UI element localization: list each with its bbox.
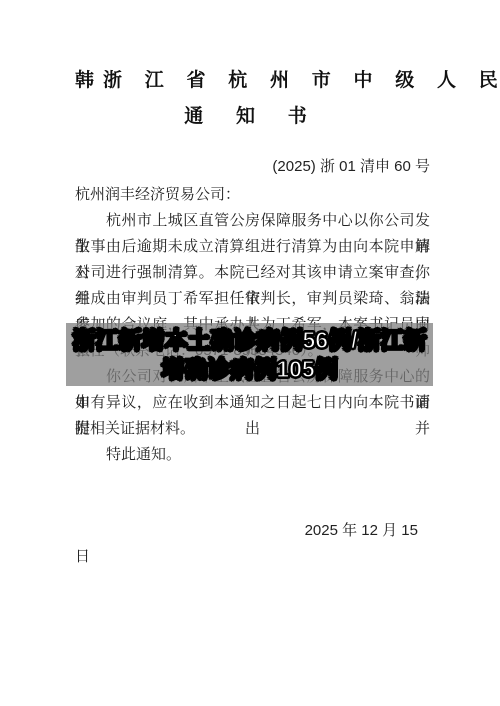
document-content: 韩浙 江 省 杭 州 市 中 级 人 民 法 院 通 知 书 (2025) 浙 … xyxy=(75,68,430,570)
paragraph1-line-2: 散事由后逾期未成立清算组进行清算为由向本院申请对你 xyxy=(75,234,430,260)
addressee-line: 杭州润丰经济贸易公司： xyxy=(75,182,430,208)
paragraph1-line-1: 杭州市上城区直管公房保障服务中心以你公司发生解 xyxy=(75,208,430,234)
closing-line: 特此通知。 xyxy=(75,442,430,468)
news-headline-overlay: 浙江新增本土确诊病例56例/浙江新 增确诊病例105例 xyxy=(66,323,433,386)
headline-line-2: 增确诊病例105例 xyxy=(161,355,337,384)
paragraph1-line-4: 组成由审判员丁希军担任审判长，审判员梁琦、翁瑞成共同 xyxy=(75,286,430,312)
date-line-2: 日 xyxy=(75,544,430,570)
document-type-title: 通 知 书 xyxy=(75,104,430,130)
paragraph2-line-2: 如有异议，应在收到本通知之日起七日内向本院书面提出并 xyxy=(75,390,430,416)
court-notice-document: 韩浙 江 省 杭 州 市 中 级 人 民 法 院 通 知 书 (2025) 浙 … xyxy=(0,0,500,706)
case-number: (2025) 浙 01 清申 60 号 xyxy=(75,156,430,178)
date-line-1: 2025 年 12 月 15 xyxy=(75,518,430,544)
paragraph1-line-3: 公司进行强制清算。本院已经对其该申请立案审查，并依法 xyxy=(75,260,430,286)
headline-line-1: 浙江新增本土确诊病例56例/浙江新 xyxy=(73,326,427,355)
court-name-title: 韩浙 江 省 杭 州 市 中 级 人 民 法 院 xyxy=(75,68,430,94)
